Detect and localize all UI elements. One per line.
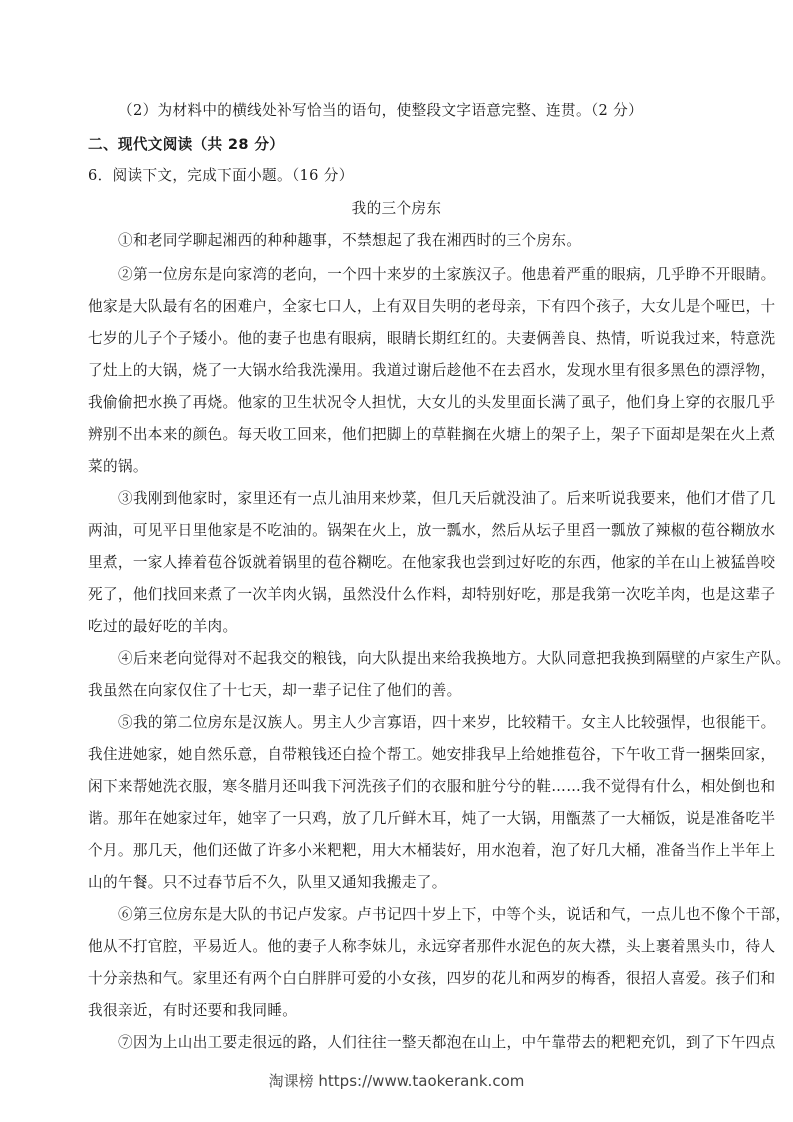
paragraph-7-line: ⑦因为上山出工要走很远的路，人们往往一整天都泡在山上，中午靠带去的粑粑充饥，到了… xyxy=(118,1033,724,1053)
paragraph-5-line: 闲下来帮她洗衣服，寒冬腊月还叫我下河洗孩子们的衣服和脏兮兮的鞋……我不觉得有什么… xyxy=(88,777,724,797)
paragraph-3-line: 吃过的最好吃的羊肉。 xyxy=(88,617,724,637)
paragraph-2-line: 我偷偷把水换了再烧。他家的卫生状况令人担忧，大女儿的头发里面长满了虱子，他们身上… xyxy=(88,393,724,413)
section-heading: 二、现代文阅读（共 28 分） xyxy=(88,135,724,155)
paragraph-1-line: ①和老同学聊起湘西的种种趣事，不禁想起了我在湘西时的三个房东。 xyxy=(118,231,724,251)
paragraph-2-line: 七岁的儿子个子矮小。他的妻子也患有眼病，眼睛长期红红的。夫妻俩善良、热情，听说我… xyxy=(88,329,724,349)
paragraph-3-line: ③我刚到他家时，家里还有一点儿油用来炒菜，但几天后就没油了。后来听说我要来，他们… xyxy=(118,489,724,509)
paragraph-5-line: 谐。那年在她家过年，她宰了一只鸡，放了几斤鲜木耳，炖了一大锅，用甑蒸了一大桶饭，… xyxy=(88,809,724,829)
paragraph-6-line: 我很亲近，有时还要和我同睡。 xyxy=(88,1001,724,1021)
question-6-prompt: 6．阅读下文，完成下面小题。（16 分） xyxy=(88,166,724,186)
exam-page: （2）为材料中的横线处补写恰当的语句，使整段文字语意完整、连贯。（2 分） 二、… xyxy=(0,0,793,1122)
paragraph-5-line: 个月。那几天，他们还做了许多小米粑粑，用大木桶装好，用水泡着，泡了好几大桶，准备… xyxy=(88,841,724,861)
paragraph-6-line: 他从不打官腔，平易近人。他的妻子人称李妹儿，永远穿者那件水泥色的灰大襟，头上裹着… xyxy=(88,937,724,957)
paragraph-5-line: ⑤我的第二位房东是汉族人。男主人少言寡语，四十来岁，比较精干。女主人比较强悍，也… xyxy=(118,713,724,733)
paragraph-2-line: 辨别不出本来的颜色。每天收工回来，他们把脚上的草鞋搁在火塘上的架子上，架子下面却… xyxy=(88,425,724,445)
paragraph-2-line: 了灶上的大锅，烧了一大锅水给我洗澡用。我道过谢后趁他不在去舀水，发现水里有很多黑… xyxy=(88,361,724,381)
article-title: 我的三个房东 xyxy=(0,199,793,219)
paragraph-6-line: 十分亲热和气。家里还有两个白白胖胖可爱的小女孩，四岁的花儿和两岁的梅香，很招人喜… xyxy=(88,969,724,989)
paragraph-4-line: ④后来老向觉得对不起我交的粮钱，向大队提出来给我换地方。大队同意把我换到隔壁的卢… xyxy=(118,649,724,669)
paragraph-2-line: ②第一位房东是向家湾的老向，一个四十来岁的土家族汉子。他患着严重的眼病，几乎睁不… xyxy=(118,265,724,285)
paragraph-5-line: 山的午餐。只不过春节后不久，队里又通知我搬走了。 xyxy=(88,873,724,893)
watermark-footer: 淘课榜 https://www.taokerank.com xyxy=(0,1070,793,1091)
question-2-prompt: （2）为材料中的横线处补写恰当的语句，使整段文字语意完整、连贯。（2 分） xyxy=(118,101,724,121)
paragraph-3-line: 里煮，一家人捧着苞谷饭就着锅里的苞谷糊吃。在他家我也尝到过好吃的东西，他家的羊在… xyxy=(88,553,724,573)
paragraph-4-line: 我虽然在向家仅住了十七天，却一辈子记住了他们的善。 xyxy=(88,681,724,701)
paragraph-3-line: 死了，他们找回来煮了一次羊肉火锅，虽然没什么作料，却特别好吃，那是我第一次吃羊肉… xyxy=(88,585,724,605)
paragraph-2-line: 菜的锅。 xyxy=(88,457,724,477)
paragraph-2-line: 他家是大队最有名的困难户，全家七口人，上有双目失明的老母亲，下有四个孩子，大女儿… xyxy=(88,297,724,317)
paragraph-3-line: 两油，可见平日里他家是不吃油的。锅架在火上，放一瓢水，然后从坛子里舀一瓢放了辣椒… xyxy=(88,521,724,541)
paragraph-6-line: ⑥第三位房东是大队的书记卢发家。卢书记四十岁上下，中等个头，说话和气，一点儿也不… xyxy=(118,905,724,925)
paragraph-5-line: 我住进她家，她自然乐意，自带粮钱还白捡个帮工。她安排我早上给她推苞谷，下午收工背… xyxy=(88,745,724,765)
